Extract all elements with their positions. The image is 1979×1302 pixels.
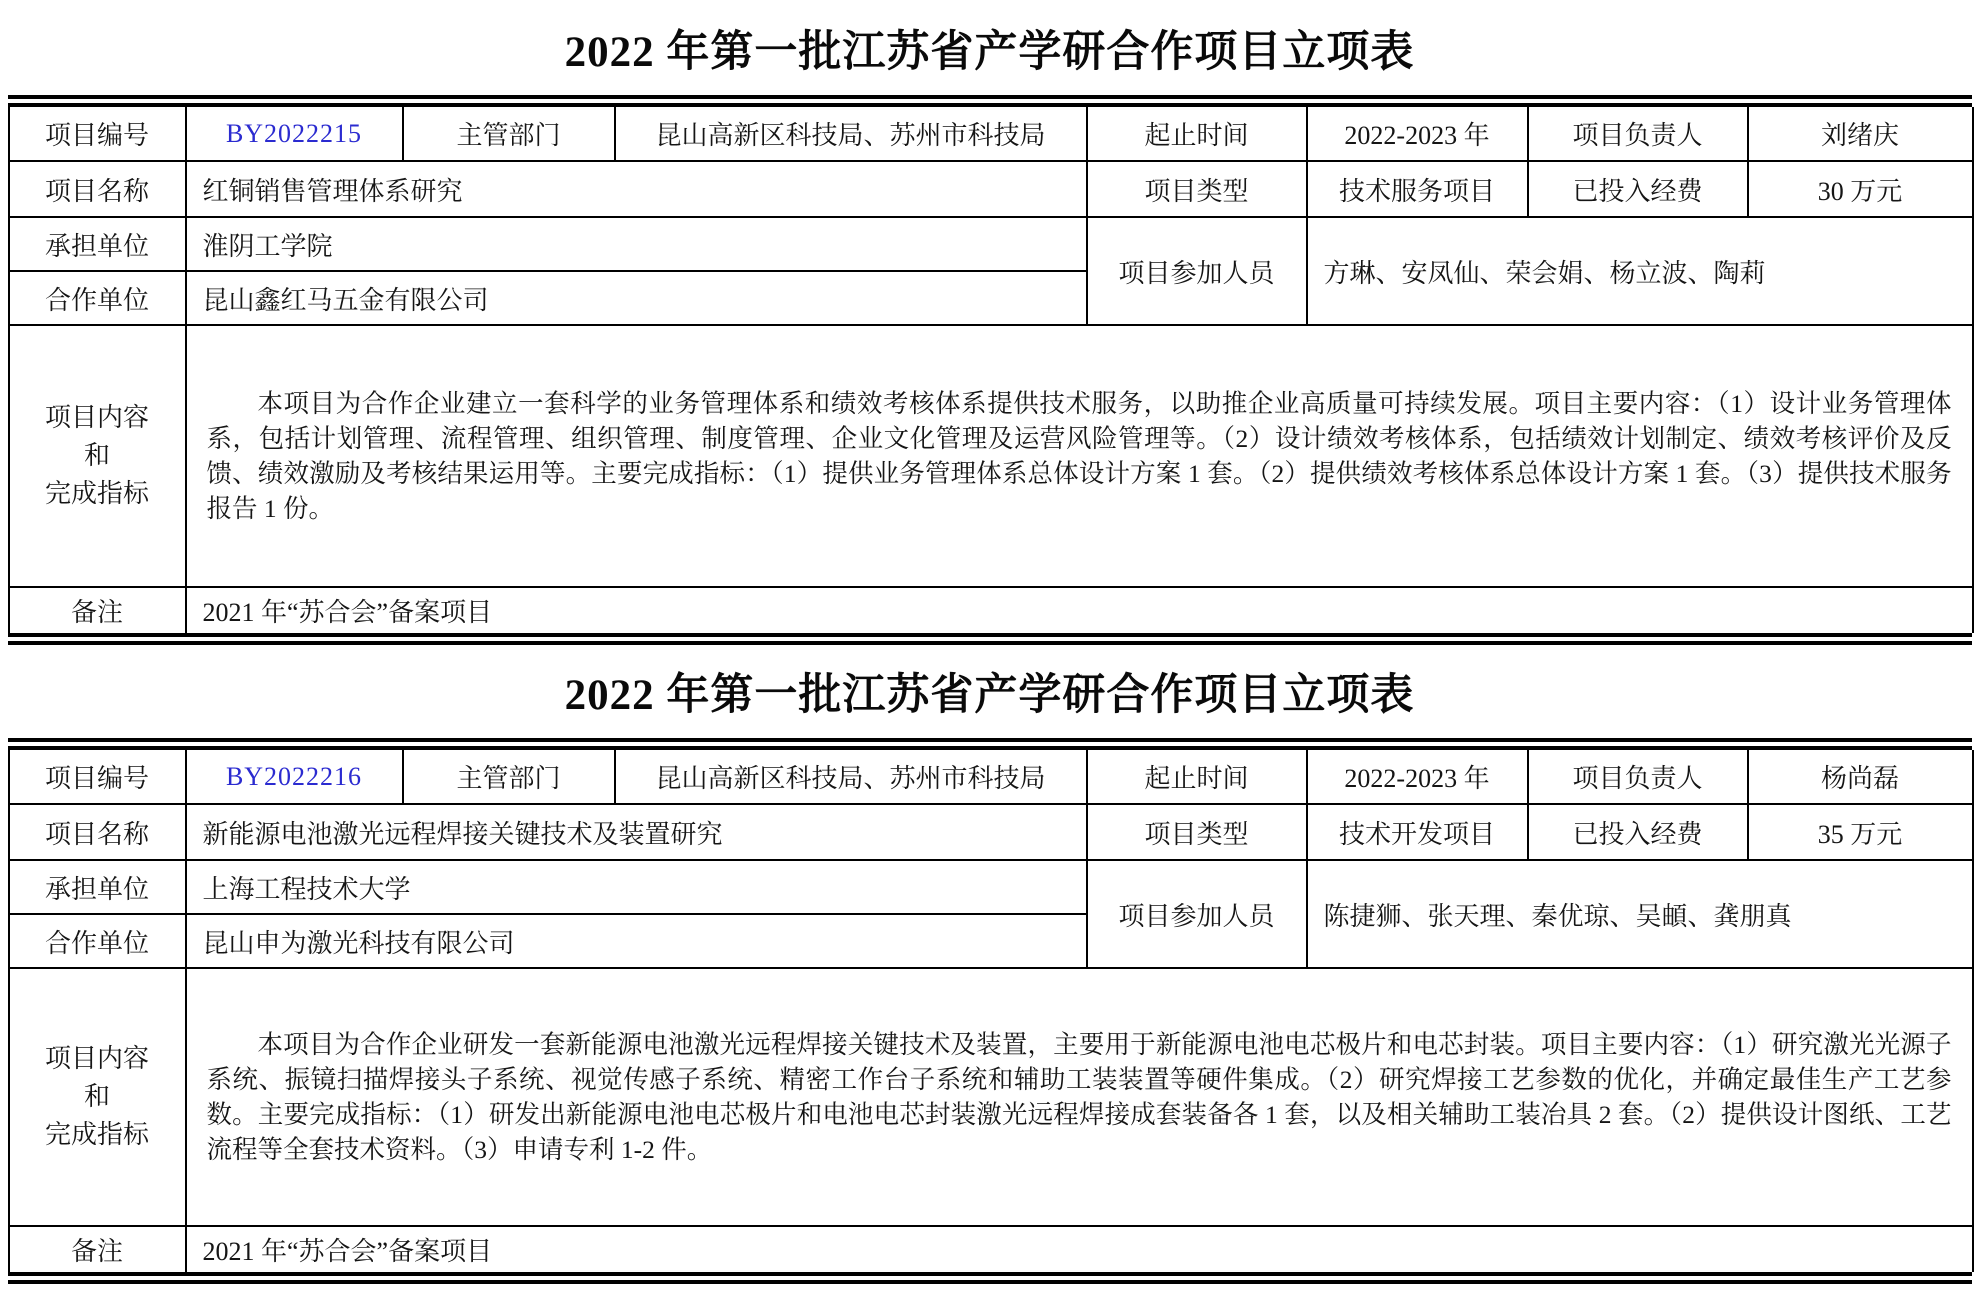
value-project-name: 红铜销售管理体系研究: [186, 161, 1087, 217]
value-participants: 方琳、安凤仙、荣会娟、杨立波、陶莉: [1307, 217, 1973, 325]
project-section-1: 2022 年第一批江苏省产学研合作项目立项表 项目编号 BY2022215 主管…: [7, 18, 1972, 645]
value-undertaker: 上海工程技术大学: [186, 860, 1087, 914]
value-type: 技术服务项目: [1307, 161, 1528, 217]
value-dept: 昆山高新区科技局、苏州市科技局: [615, 750, 1087, 804]
value-content: 本项目为合作企业研发一套新能源电池激光远程焊接关键技术及装置，主要用于新能源电池…: [186, 968, 1973, 1226]
table-row: 项目名称 新能源电池激光远程焊接关键技术及装置研究 项目类型 技术开发项目 已投…: [9, 804, 1973, 860]
value-partner: 昆山鑫红马五金有限公司: [186, 271, 1087, 325]
label-remark: 备注: [9, 587, 186, 633]
label-period: 起止时间: [1087, 750, 1307, 804]
value-funds: 30 万元: [1748, 161, 1973, 217]
value-period: 2022-2023 年: [1307, 750, 1528, 804]
value-leader: 刘绪庆: [1748, 107, 1973, 161]
value-period: 2022-2023 年: [1307, 107, 1528, 161]
project-table-border: 项目编号 BY2022216 主管部门 昆山高新区科技局、苏州市科技局 起止时间…: [8, 738, 1972, 1284]
document-title: 2022 年第一批江苏省产学研合作项目立项表: [7, 18, 1972, 79]
table-row: 项目编号 BY2022216 主管部门 昆山高新区科技局、苏州市科技局 起止时间…: [9, 750, 1973, 804]
value-dept: 昆山高新区科技局、苏州市科技局: [615, 107, 1087, 161]
value-project-name: 新能源电池激光远程焊接关键技术及装置研究: [186, 804, 1087, 860]
label-content-line: 完成指标: [10, 1116, 185, 1154]
value-funds: 35 万元: [1748, 804, 1973, 860]
label-content-and-targets: 项目内容 和 完成指标: [9, 325, 186, 587]
table-row: 备注 2021 年“苏合会”备案项目: [9, 587, 1973, 633]
project-section-2: 2022 年第一批江苏省产学研合作项目立项表 项目编号 BY2022216 主管…: [7, 661, 1972, 1284]
label-project-no: 项目编号: [9, 750, 186, 804]
table-row: 项目内容 和 完成指标 本项目为合作企业建立一套科学的业务管理体系和绩效考核体系…: [9, 325, 1973, 587]
label-participants: 项目参加人员: [1087, 217, 1307, 325]
label-content-line: 完成指标: [10, 475, 185, 513]
label-project-name: 项目名称: [9, 804, 186, 860]
label-content-line: 和: [10, 437, 185, 475]
label-content-line: 项目内容: [10, 399, 185, 437]
value-participants: 陈捷狮、张天理、秦优琼、吴頔、龚朋真: [1307, 860, 1973, 968]
label-partner: 合作单位: [9, 271, 186, 325]
label-type: 项目类型: [1087, 161, 1307, 217]
label-funds: 已投入经费: [1528, 804, 1748, 860]
value-type: 技术开发项目: [1307, 804, 1528, 860]
content-paragraph: 本项目为合作企业建立一套科学的业务管理体系和绩效考核体系提供技术服务，以助推企业…: [207, 386, 1952, 526]
label-leader: 项目负责人: [1528, 750, 1748, 804]
label-content-line: 项目内容: [10, 1040, 185, 1078]
label-project-name: 项目名称: [9, 161, 186, 217]
value-content: 本项目为合作企业建立一套科学的业务管理体系和绩效考核体系提供技术服务，以助推企业…: [186, 325, 1973, 587]
label-partner: 合作单位: [9, 914, 186, 968]
table-row: 项目内容 和 完成指标 本项目为合作企业研发一套新能源电池激光远程焊接关键技术及…: [9, 968, 1973, 1226]
label-project-no: 项目编号: [9, 107, 186, 161]
label-dept: 主管部门: [403, 107, 615, 161]
label-participants: 项目参加人员: [1087, 860, 1307, 968]
document-title: 2022 年第一批江苏省产学研合作项目立项表: [7, 661, 1972, 722]
value-leader: 杨尚磊: [1748, 750, 1973, 804]
table-row: 项目名称 红铜销售管理体系研究 项目类型 技术服务项目 已投入经费 30 万元: [9, 161, 1973, 217]
table-row: 承担单位 上海工程技术大学 项目参加人员 陈捷狮、张天理、秦优琼、吴頔、龚朋真: [9, 860, 1973, 914]
value-project-no: BY2022215: [186, 107, 403, 161]
value-undertaker: 淮阴工学院: [186, 217, 1087, 271]
table-row: 备注 2021 年“苏合会”备案项目: [9, 1226, 1973, 1272]
label-period: 起止时间: [1087, 107, 1307, 161]
label-dept: 主管部门: [403, 750, 615, 804]
label-funds: 已投入经费: [1528, 161, 1748, 217]
document-page: 2022 年第一批江苏省产学研合作项目立项表 项目编号 BY2022215 主管…: [0, 0, 1979, 1284]
table-row: 项目编号 BY2022215 主管部门 昆山高新区科技局、苏州市科技局 起止时间…: [9, 107, 1973, 161]
value-remark: 2021 年“苏合会”备案项目: [186, 587, 1973, 633]
label-type: 项目类型: [1087, 804, 1307, 860]
label-remark: 备注: [9, 1226, 186, 1272]
label-content-line: 和: [10, 1078, 185, 1116]
table-row: 承担单位 淮阴工学院 项目参加人员 方琳、安凤仙、荣会娟、杨立波、陶莉: [9, 217, 1973, 271]
project-table: 项目编号 BY2022215 主管部门 昆山高新区科技局、苏州市科技局 起止时间…: [8, 107, 1974, 633]
content-paragraph: 本项目为合作企业研发一套新能源电池激光远程焊接关键技术及装置，主要用于新能源电池…: [207, 1027, 1952, 1167]
project-table: 项目编号 BY2022216 主管部门 昆山高新区科技局、苏州市科技局 起止时间…: [8, 750, 1974, 1272]
project-table-border: 项目编号 BY2022215 主管部门 昆山高新区科技局、苏州市科技局 起止时间…: [8, 95, 1972, 645]
label-content-and-targets: 项目内容 和 完成指标: [9, 968, 186, 1226]
label-undertaker: 承担单位: [9, 860, 186, 914]
label-leader: 项目负责人: [1528, 107, 1748, 161]
value-remark: 2021 年“苏合会”备案项目: [186, 1226, 1973, 1272]
value-project-no: BY2022216: [186, 750, 403, 804]
label-undertaker: 承担单位: [9, 217, 186, 271]
value-partner: 昆山申为激光科技有限公司: [186, 914, 1087, 968]
